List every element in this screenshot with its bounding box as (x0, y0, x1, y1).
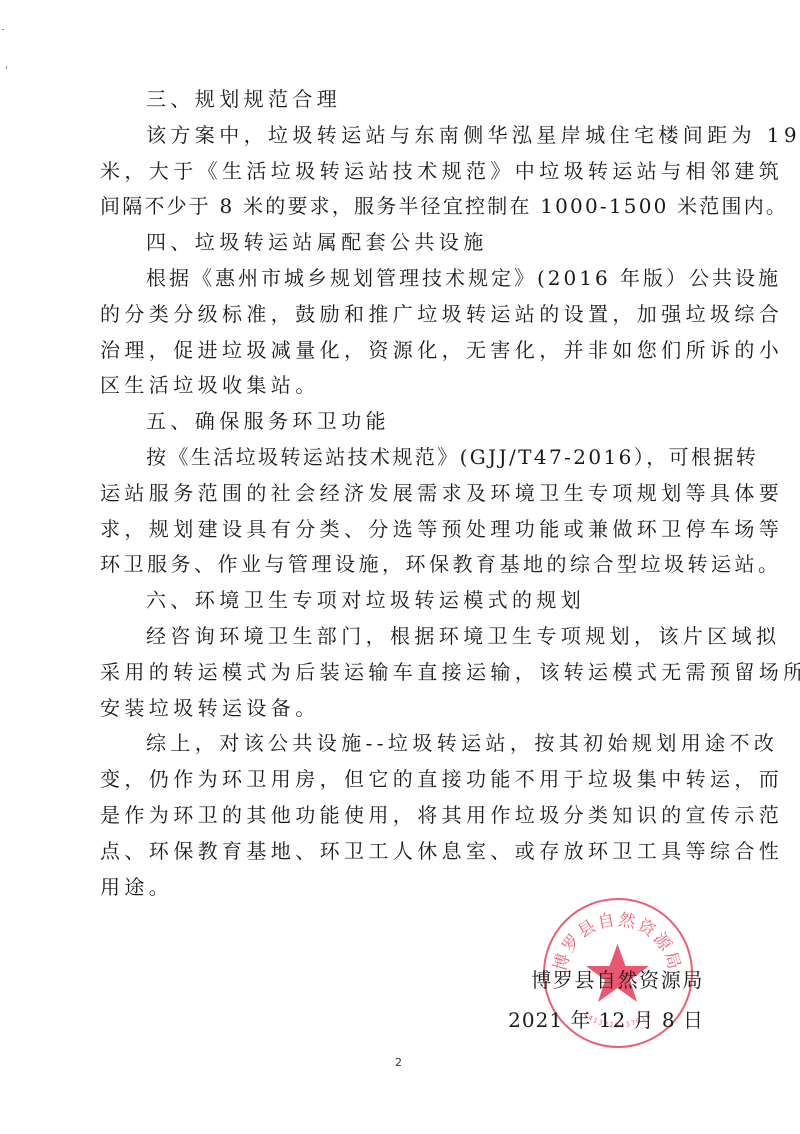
conclusion-line: 综上，对该公共设施--垃圾转运站，按其初始规划用途不改 (100, 726, 704, 762)
scan-speck (2, 29, 4, 30)
conclusion-line: 是作为环卫的其他功能使用，将其用作垃圾分类知识的宣传示范 (100, 798, 704, 834)
issue-date: 2021 年 12 月 8 日 (508, 1000, 704, 1040)
conclusion-line: 变，仍作为环卫用房，但它的直接功能不用于垃圾集中转运，而 (100, 762, 704, 798)
section-heading-4: 四、垃圾转运站属配套公共设施 (100, 225, 704, 261)
section-heading-3: 三、规划规范合理 (100, 82, 704, 118)
body-line: 该方案中，垃圾转运站与东南侧华泓星岸城住宅楼间距为 19 (100, 118, 704, 154)
body-line: 采用的转运模式为后装运输车直接运输，该转运模式无需预留场所 (100, 655, 704, 691)
body-line: 求，规划建设具有分类、分选等预处理功能或兼做环卫停车场等 (100, 512, 704, 548)
document-page: 三、规划规范合理 该方案中，垃圾转运站与东南侧华泓星岸城住宅楼间距为 19 米，… (0, 0, 800, 1134)
scan-speck (6, 66, 7, 69)
issuing-organization: 博罗县自然资源局 (508, 960, 704, 1000)
body-line: 的分类分级标准，鼓励和推广垃圾转运站的设置，加强垃圾综合 (100, 297, 704, 333)
body-line: 运站服务范围的社会经济发展需求及环境卫生专项规划等具体要 (100, 476, 704, 512)
body-line: 间隔不少于 8 米的要求，服务半径宜控制在 1000-1500 米范围内。 (100, 189, 704, 225)
conclusion-line: 点、环保教育基地、环卫工人休息室、或存放环卫工具等综合性 (100, 834, 704, 870)
body-line: 环卫服务、作业与管理设施，环保教育基地的综合型垃圾转运站。 (100, 547, 704, 583)
body-line: 米，大于《生活垃圾转运站技术规范》中垃圾转运站与相邻建筑 (100, 154, 704, 190)
body-line: 治理，促进垃圾减量化，资源化，无害化，并非如您们所诉的小 (100, 333, 704, 369)
body-line: 根据《惠州市城乡规划管理技术规定》(2016 年版）公共设施 (100, 261, 704, 297)
body-line: 安装垃圾转运设备。 (100, 691, 704, 727)
document-body: 三、规划规范合理 该方案中，垃圾转运站与东南侧华泓星岸城住宅楼间距为 19 米，… (100, 82, 704, 905)
section-heading-6: 六、环境卫生专项对垃圾转运模式的规划 (100, 583, 704, 619)
page-number: 2 (395, 1056, 402, 1069)
section-heading-5: 五、确保服务环卫功能 (100, 404, 704, 440)
body-line: 经咨询环境卫生部门，根据环境卫生专项规划，该片区域拟 (100, 619, 704, 655)
signature-block: 博罗县自然资源局 2021 年 12 月 8 日 (508, 960, 704, 1040)
body-line: 按《生活垃圾转运站技术规范》(GJJ/T47-2016），可根据转 (100, 440, 704, 476)
body-line: 区生活垃圾收集站。 (100, 368, 704, 404)
